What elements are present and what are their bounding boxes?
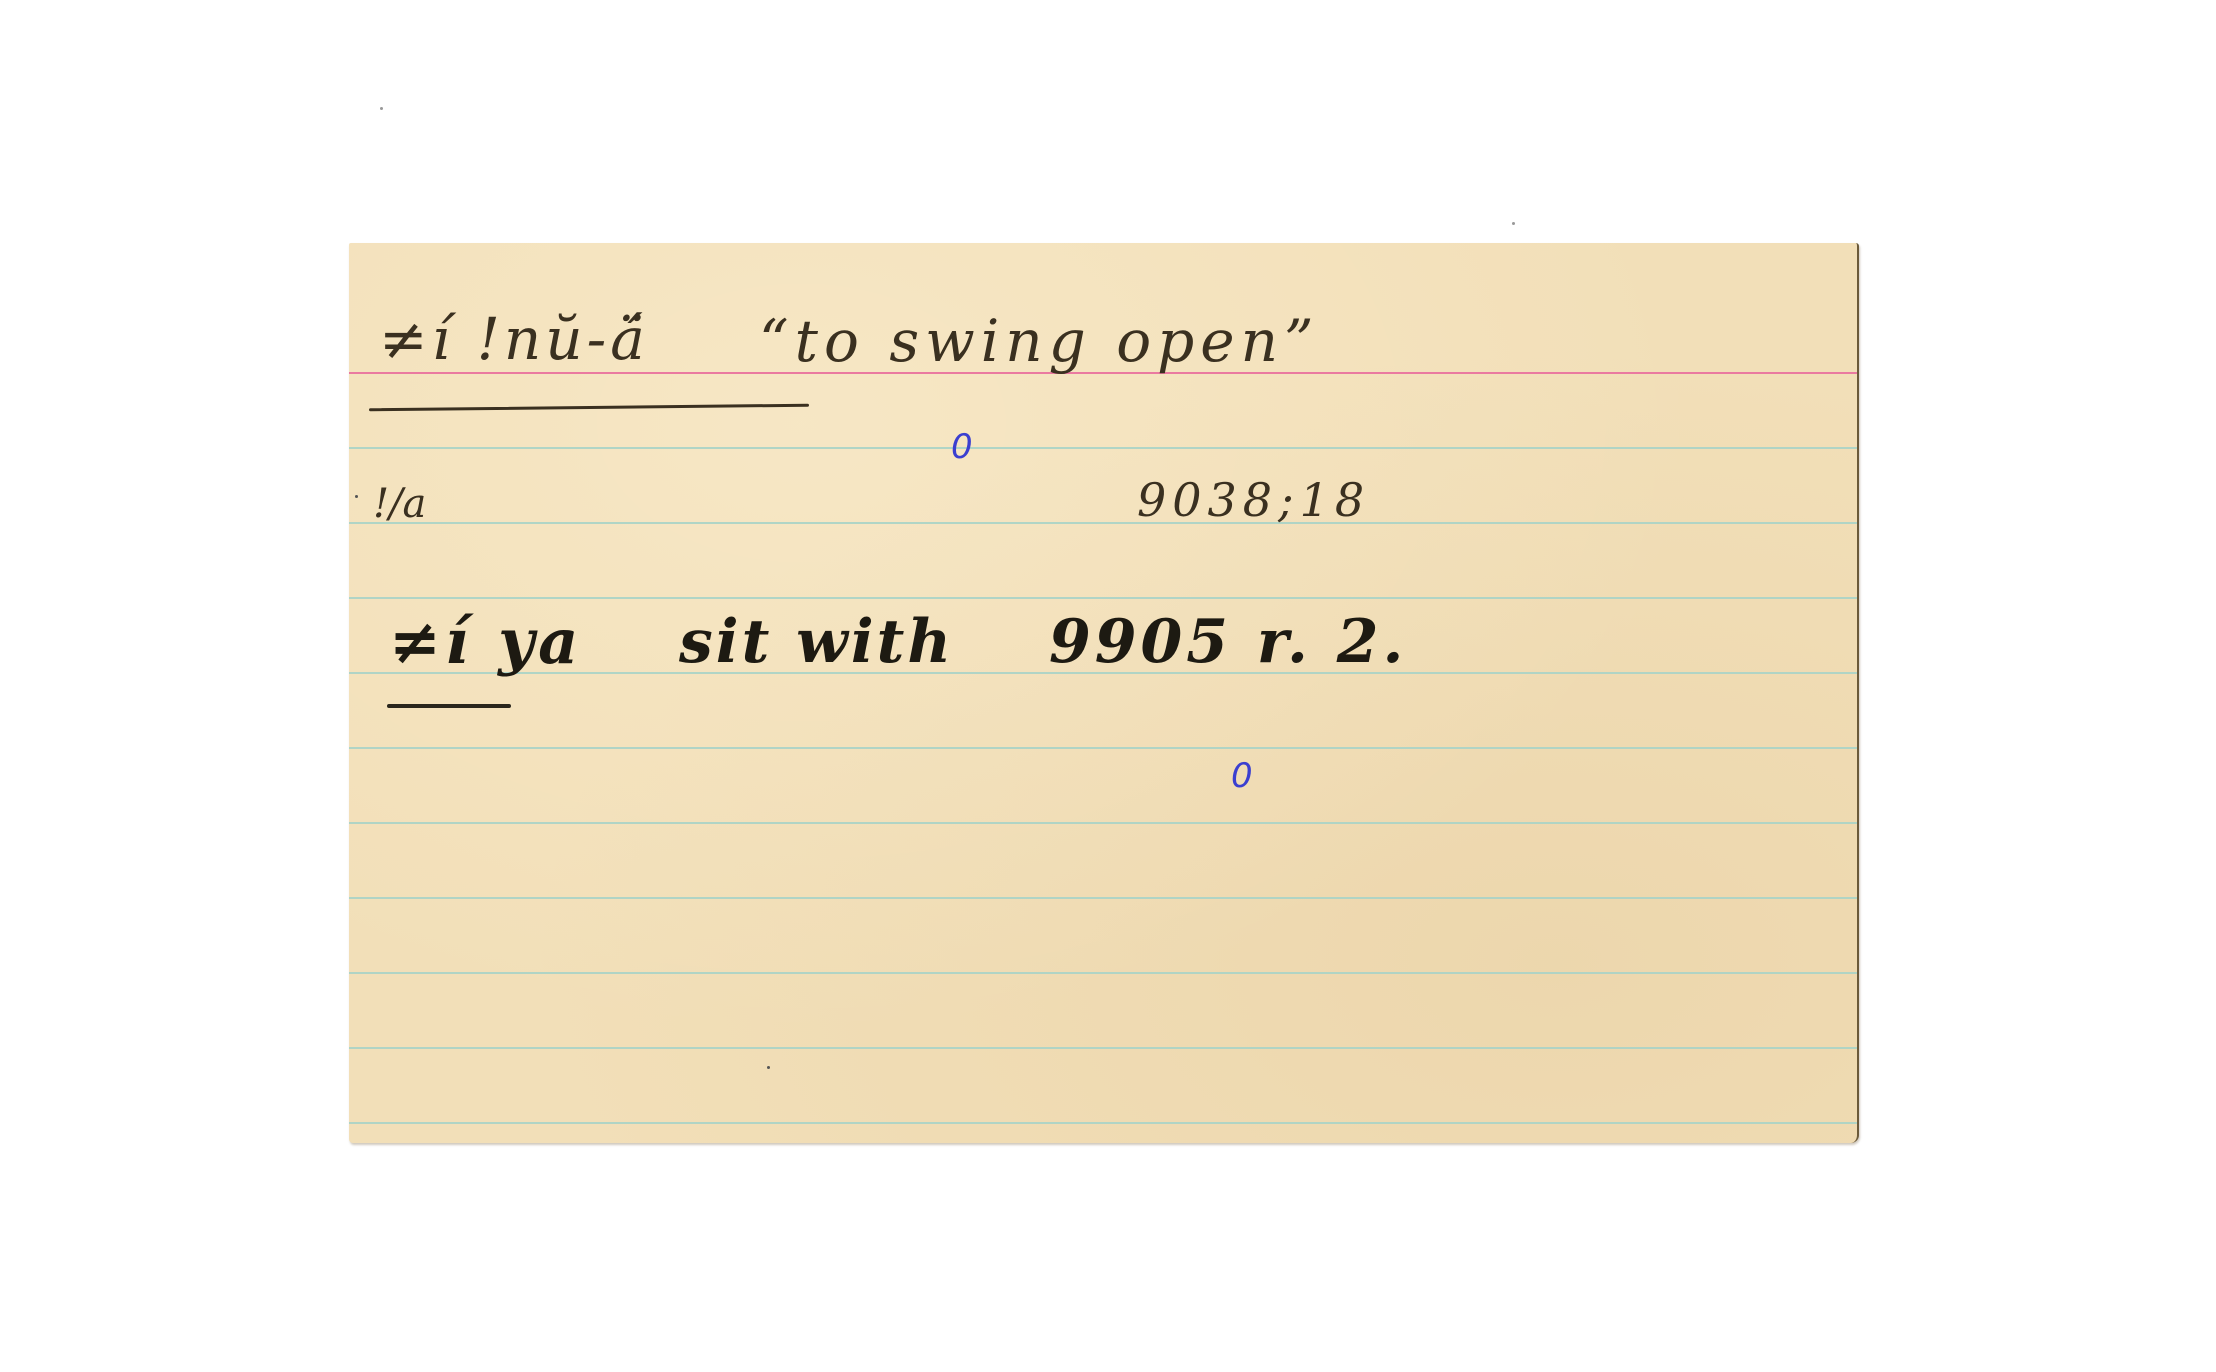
related-term-underline [387,704,511,708]
blue-rule [349,597,1857,599]
related-reference: 9905 r. 2. [1049,607,1407,677]
paper-speck [767,1066,770,1069]
left-marker: !/a [373,481,426,527]
blue-rule [349,447,1857,449]
background-speck [380,107,383,110]
blue-pencil-mark: 0 [951,427,973,467]
source-reference: 9038;18 [1137,473,1370,527]
blue-rule [349,747,1857,749]
blue-rule [349,822,1857,824]
blue-rule [349,1122,1857,1124]
index-card: ≠í !nŭ-ä́ “to swing open” 0 !/a 9038;18 … [349,243,1859,1143]
blue-pencil-mark: 0 [1231,756,1253,796]
paper-speck [355,495,358,498]
headword-underline [369,404,809,412]
background-speck [1512,222,1515,225]
related-gloss: sit with [679,607,954,677]
blue-rule [349,972,1857,974]
related-term: ≠í ya [389,605,582,678]
blue-rule [349,1047,1857,1049]
headword-gloss: “to swing open” [759,307,1320,375]
headword-term: ≠í !nŭ-ä́ [379,305,649,373]
blue-rule [349,522,1857,524]
blue-rule [349,897,1857,899]
